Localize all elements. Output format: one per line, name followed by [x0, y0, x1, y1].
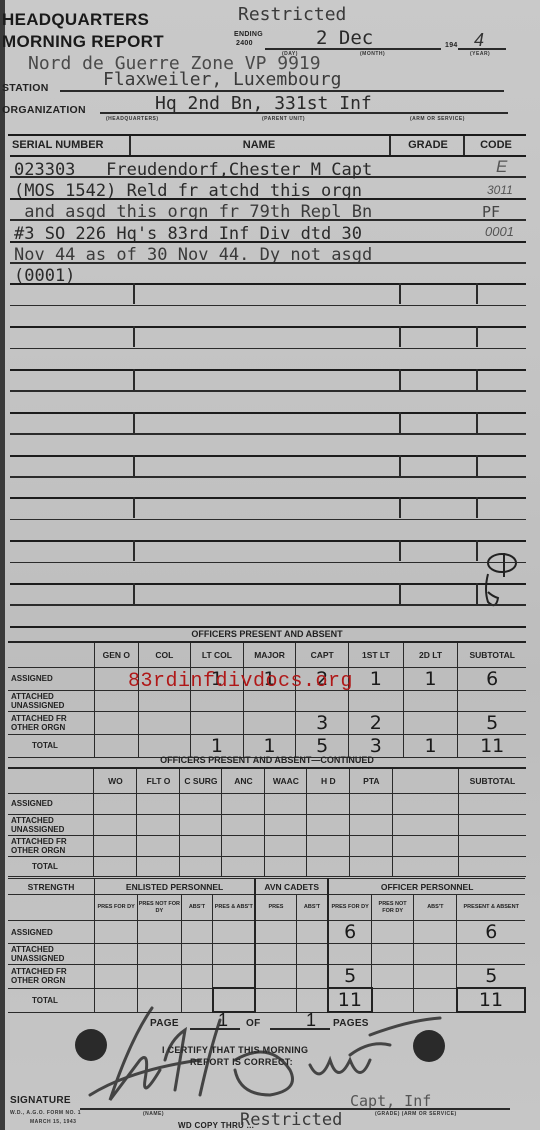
- ruled-line: [10, 198, 526, 200]
- year-prefix: 194: [445, 42, 458, 49]
- column-divider: [399, 583, 401, 604]
- column-divider: [476, 283, 478, 304]
- ruled-line: [10, 283, 526, 285]
- col-serial-number: SERIAL NUMBER: [12, 139, 122, 151]
- officers-continued-table: OFFICERS PRESENT AND ABSENT—CONTINUED WO…: [8, 752, 526, 877]
- column-divider: [133, 497, 135, 518]
- table-row: ATTACHED FR OTHER ORGN 5 5: [8, 965, 525, 989]
- column-divider: [399, 326, 401, 347]
- ruled-line: [10, 562, 526, 564]
- column-divider: [399, 455, 401, 476]
- col-name: NAME: [130, 139, 388, 151]
- col-capt: CAPT: [296, 642, 349, 667]
- column-divider: [133, 455, 135, 476]
- column-divider: [133, 283, 135, 304]
- ruled-line: [10, 455, 526, 457]
- ruled-line: [10, 219, 526, 221]
- ruled-line: [10, 241, 526, 243]
- org-sublabel-parent: (PARENT UNIT): [262, 116, 305, 122]
- officers-table-title: OFFICERS PRESENT AND ABSENT: [8, 626, 526, 642]
- morning-report-page: HEADQUARTERS MORNING REPORT Restricted E…: [0, 0, 540, 1130]
- column-divider: [133, 412, 135, 433]
- col-gen-o: GEN O: [95, 642, 138, 667]
- ruled-line: [10, 369, 526, 371]
- group-avn-cadets: AVN CADETS: [255, 879, 328, 895]
- ruled-line: [10, 348, 526, 350]
- strength-table: STRENGTH ENLISTED PERSONNEL AVN CADETS O…: [8, 878, 526, 1013]
- col-c-surg: C SURG: [180, 768, 222, 793]
- form-title-line1: HEADQUARTERS: [2, 10, 149, 30]
- column-divider: [133, 583, 135, 604]
- table-row: ATTACHED UNASSIGNED: [8, 814, 526, 835]
- org-sublabel-arm: (ARM OR SERVICE): [410, 116, 465, 122]
- table-row: ATTACHED UNASSIGNED: [8, 690, 526, 711]
- code-2: 3011: [487, 183, 513, 197]
- col-subtotal-2: SUBTOTAL: [458, 768, 526, 793]
- ruled-line: [10, 497, 526, 499]
- column-divider: [476, 583, 478, 604]
- report-date: 2 Dec: [316, 27, 373, 49]
- column-divider: [399, 497, 401, 518]
- col-wo: WO: [94, 768, 137, 793]
- ruled-line: [10, 262, 526, 264]
- col-anc: ANC: [222, 768, 265, 793]
- col-2d-lt: 2D LT: [403, 642, 458, 667]
- col-hd: H D: [307, 768, 350, 793]
- table-row: ATTACHED FR OTHER ORGN 3 2 5: [8, 711, 526, 734]
- ruled-line: [10, 390, 526, 392]
- ruled-line: [10, 326, 526, 328]
- ruled-line: [10, 305, 526, 307]
- column-divider: [476, 369, 478, 390]
- signature-scrawl: [70, 1000, 450, 1120]
- year-label: (YEAR): [470, 51, 490, 57]
- strength-label: STRENGTH: [8, 879, 95, 895]
- table-row: ASSIGNED 6 6: [8, 921, 525, 944]
- organization-value: Hq 2nd Bn, 331st Inf: [155, 93, 372, 114]
- page-edge: [0, 0, 5, 1130]
- ending-label: ENDING: [234, 31, 263, 38]
- column-divider: [133, 326, 135, 347]
- form-title-line2: MORNING REPORT: [2, 32, 164, 52]
- ending-time: 2400: [236, 40, 253, 47]
- col-waac: WAAC: [265, 768, 307, 793]
- watermark-text: 83rdinfdivdocs.org: [128, 670, 353, 693]
- col-lt-col: LT COL: [191, 642, 244, 667]
- ruled-line: [10, 433, 526, 435]
- column-divider: [476, 455, 478, 476]
- code-1: E: [496, 157, 507, 177]
- col-grade: GRADE: [392, 139, 464, 151]
- column-divider: [399, 283, 401, 304]
- column-divider: [399, 369, 401, 390]
- ruled-line: [10, 412, 526, 414]
- column-divider: [476, 497, 478, 518]
- station-value: Flaxweiler, Luxembourg: [103, 69, 341, 90]
- table-row: ASSIGNED: [8, 793, 526, 814]
- col-major: MAJOR: [243, 642, 296, 667]
- col-flt-o: FLT O: [137, 768, 180, 793]
- ruled-line: [10, 604, 526, 606]
- column-divider: [133, 369, 135, 390]
- table-row: ATTACHED UNASSIGNED: [8, 944, 525, 965]
- month-label: (MONTH): [360, 51, 385, 57]
- col-1st-lt: 1ST LT: [349, 642, 404, 667]
- ruled-line: [10, 476, 526, 478]
- col-pta: PTA: [350, 768, 393, 793]
- code-4: 0001: [485, 224, 514, 239]
- col-col: COL: [138, 642, 191, 667]
- officers-continued-title: OFFICERS PRESENT AND ABSENT—CONTINUED: [8, 752, 526, 768]
- col-subtotal: SUBTOTAL: [458, 642, 526, 667]
- group-officer: OFFICER PERSONNEL: [328, 879, 525, 895]
- ruled-line: [10, 626, 526, 628]
- table-row: ATTACHED FR OTHER ORGN: [8, 835, 526, 856]
- column-divider: [476, 540, 478, 561]
- signature-label: SIGNATURE: [10, 1095, 71, 1106]
- col-blank: [393, 768, 459, 793]
- column-divider: [476, 412, 478, 433]
- station-label: STATION: [2, 82, 49, 94]
- column-divider: [399, 540, 401, 561]
- classification-top: Restricted: [238, 4, 346, 25]
- org-sublabel-hq: (HEADQUARTERS): [106, 116, 159, 122]
- column-divider: [476, 326, 478, 347]
- group-enlisted: ENLISTED PERSONNEL: [95, 879, 256, 895]
- organization-label: ORGANIZATION: [2, 104, 86, 116]
- margin-initials-mark: [478, 550, 526, 610]
- column-divider: [133, 540, 135, 561]
- ruled-line: [10, 155, 526, 157]
- ruled-line: [10, 176, 526, 178]
- col-code: CODE: [468, 139, 524, 151]
- table-row: TOTAL: [8, 856, 526, 876]
- ruled-line: [10, 540, 526, 542]
- ruled-line: [10, 519, 526, 521]
- column-divider: [399, 412, 401, 433]
- ruled-line: [10, 583, 526, 585]
